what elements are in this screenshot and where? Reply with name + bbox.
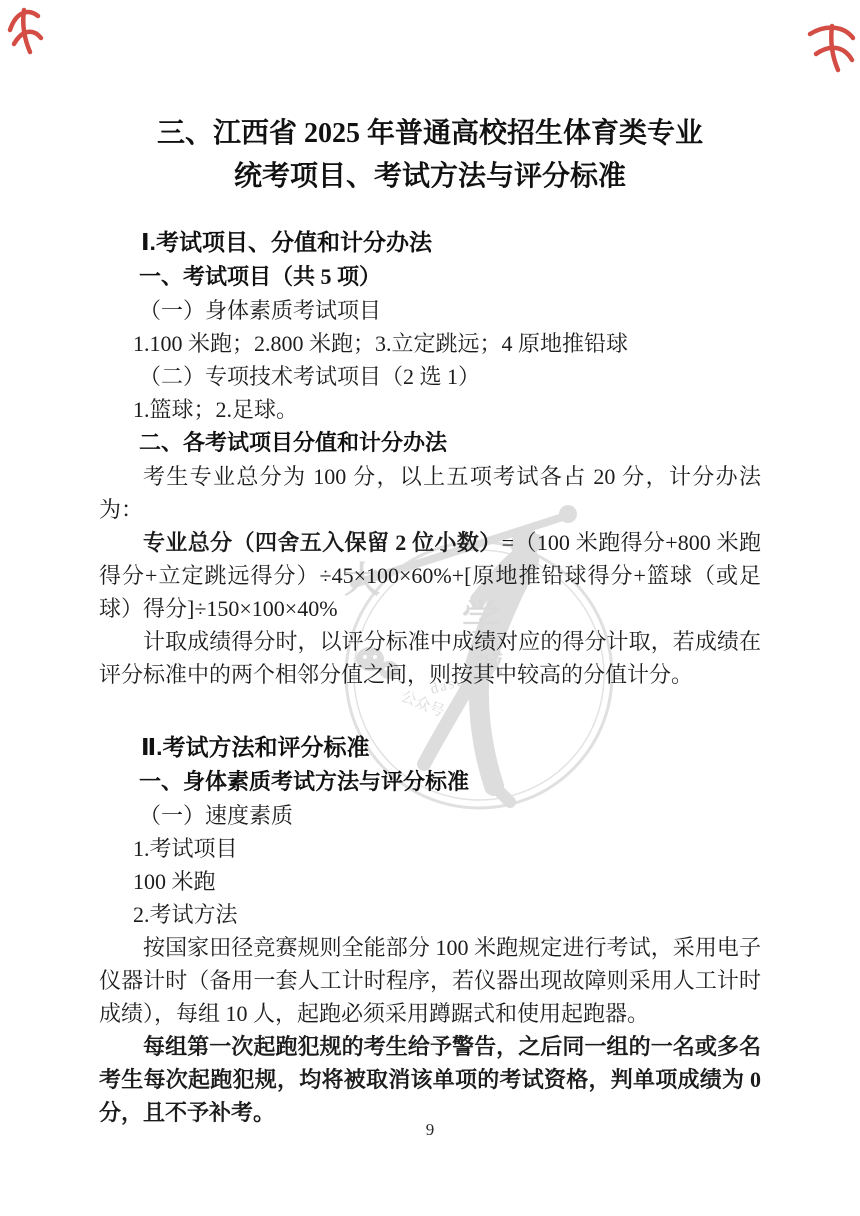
section-2-heading: Ⅱ.考试方法和评分标准 <box>141 729 761 765</box>
document-page: 大 学 城 公众号 dasuncn 三、江西省 2025 年普通高校招生体育类 <box>0 0 860 1216</box>
section-1-heading: Ⅰ.考试项目、分值和计分办法 <box>141 224 761 260</box>
document-content: Ⅰ.考试项目、分值和计分办法 一、考试项目（共 5 项） （一）身体素质考试项目… <box>99 224 761 1129</box>
document-body: 三、江西省 2025 年普通高校招生体育类专业 统考项目、考试方法与评分标准 Ⅰ… <box>99 112 761 1129</box>
section-1-paragraph-2: 计取成绩得分时，以评分标准中成绩对应的得分计取，若成绩在评分标准中的两个相邻分值… <box>99 625 761 691</box>
section-1-subheading-1: 一、考试项目（共 5 项） <box>139 260 761 294</box>
section-1-item-2: （二）专项技术考试项目（2 选 1） <box>139 360 761 393</box>
section-2-line-3: 2.考试方法 <box>133 898 761 931</box>
page-number: 9 <box>0 1120 860 1140</box>
section-2-paragraph-1: 按国家田径竞赛规则全能部分 100 米跑规定进行考试，采用电子仪器计时（备用一套… <box>99 931 761 1030</box>
red-ink-mark-top-left-icon <box>6 4 46 56</box>
section-2-line-2: 100 米跑 <box>133 865 761 898</box>
page-title-line-1: 三、江西省 2025 年普通高校招生体育类专业 <box>99 112 761 155</box>
section-1-subheading-2: 二、各考试项目分值和计分办法 <box>139 426 761 460</box>
section-2-subheading-1: 一、身体素质考试方法与评分标准 <box>139 765 761 799</box>
section-1-item-1: （一）身体素质考试项目 <box>139 294 761 327</box>
formula-bold-lead: 专业总分（四舍五入保留 2 位小数） <box>143 530 502 555</box>
section-1-item-2-detail: 1.篮球；2.足球。 <box>133 393 761 426</box>
section-2-item-1: （一）速度素质 <box>139 799 761 832</box>
red-ink-mark-top-right-icon <box>804 16 858 74</box>
page-title-line-2: 统考项目、考试方法与评分标准 <box>99 155 761 198</box>
section-2-paragraph-2: 每组第一次起跑犯规的考生给予警告，之后同一组的一名或多名考生每次起跑犯规，均将被… <box>99 1030 761 1129</box>
section-1-item-1-detail: 1.100 米跑；2.800 米跑；3.立定跳远；4 原地推铅球 <box>133 327 761 360</box>
section-1-paragraph-1: 考生专业总分为 100 分，以上五项考试各占 20 分，计分办法为： <box>99 460 761 526</box>
section-2-line-1: 1.考试项目 <box>133 832 761 865</box>
formula-paragraph: 专业总分（四舍五入保留 2 位小数）=（100 米跑得分+800 米跑得分+立定… <box>99 526 761 625</box>
